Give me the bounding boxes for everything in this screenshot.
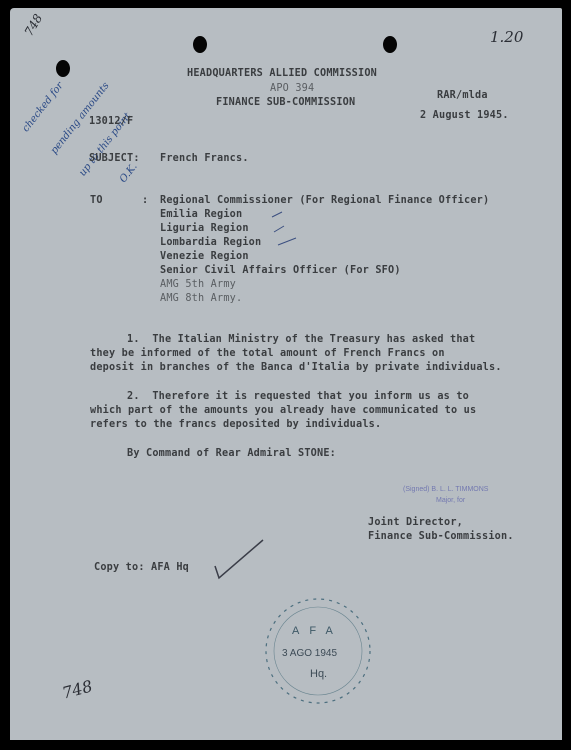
to-label: TO — [90, 195, 103, 206]
paragraph-1-line: 1. The Italian Ministry of the Treasury … — [127, 334, 475, 345]
signatory-office: Finance Sub-Commission. — [368, 531, 514, 542]
signature-stamp-name: (Signed) B. L. L. TIMMONS — [403, 486, 488, 493]
punch-hole — [383, 36, 397, 53]
punch-hole — [193, 36, 207, 53]
recipient: AMG 8th Army. — [160, 293, 242, 304]
checkmark-icon — [270, 210, 310, 250]
stamp-date: 3 AGO 1945 — [282, 648, 337, 659]
file-number: 13012/F — [89, 116, 133, 127]
letterhead-line3: FINANCE SUB-COMMISSION — [216, 97, 355, 108]
copy-to: Copy to: AFA Hq — [94, 562, 189, 573]
document-date: 2 August 1945. — [420, 110, 509, 121]
recipient: Regional Commissioner (For Regional Fina… — [160, 195, 489, 206]
checkmark-icon — [213, 538, 265, 582]
date-stamp: AFA 3 AGO 1945 Hq. — [262, 593, 380, 711]
recipient: Emilia Region — [160, 209, 242, 220]
paragraph-2-line: which part of the amounts you already ha… — [90, 405, 476, 416]
recipient: AMG 5th Army — [160, 279, 236, 290]
paragraph-2-line: 2. Therefore it is requested that you in… — [127, 391, 469, 402]
paragraph-1-line: they be informed of the total amount of … — [90, 348, 445, 359]
paragraph-2-line: refers to the francs deposited by indivi… — [90, 419, 381, 430]
to-separator: : — [142, 195, 148, 206]
recipient: Senior Civil Affairs Officer (For SFO) — [160, 265, 401, 276]
signatory-title: Joint Director, — [368, 517, 463, 528]
stamp-top: AFA — [292, 625, 343, 637]
letterhead-line2: APO 394 — [270, 83, 314, 94]
subject-label: SUBJECT: — [89, 153, 140, 164]
reference-initials: RAR/mlda — [437, 90, 488, 101]
paragraph-1-line: deposit in branches of the Banca d'Itali… — [90, 362, 502, 373]
command-line: By Command of Rear Admiral STONE: — [127, 448, 336, 459]
stamp-bottom: Hq. — [310, 668, 327, 680]
recipient: Venezie Region — [160, 251, 249, 262]
recipient: Lombardia Region — [160, 237, 261, 248]
subject-value: French Francs. — [160, 153, 249, 164]
handwritten-amount: 1.20 — [490, 28, 523, 46]
recipient: Liguria Region — [160, 223, 249, 234]
signature-stamp-rank: Major, for — [436, 497, 465, 504]
letterhead-line1: HEADQUARTERS ALLIED COMMISSION — [187, 68, 377, 79]
